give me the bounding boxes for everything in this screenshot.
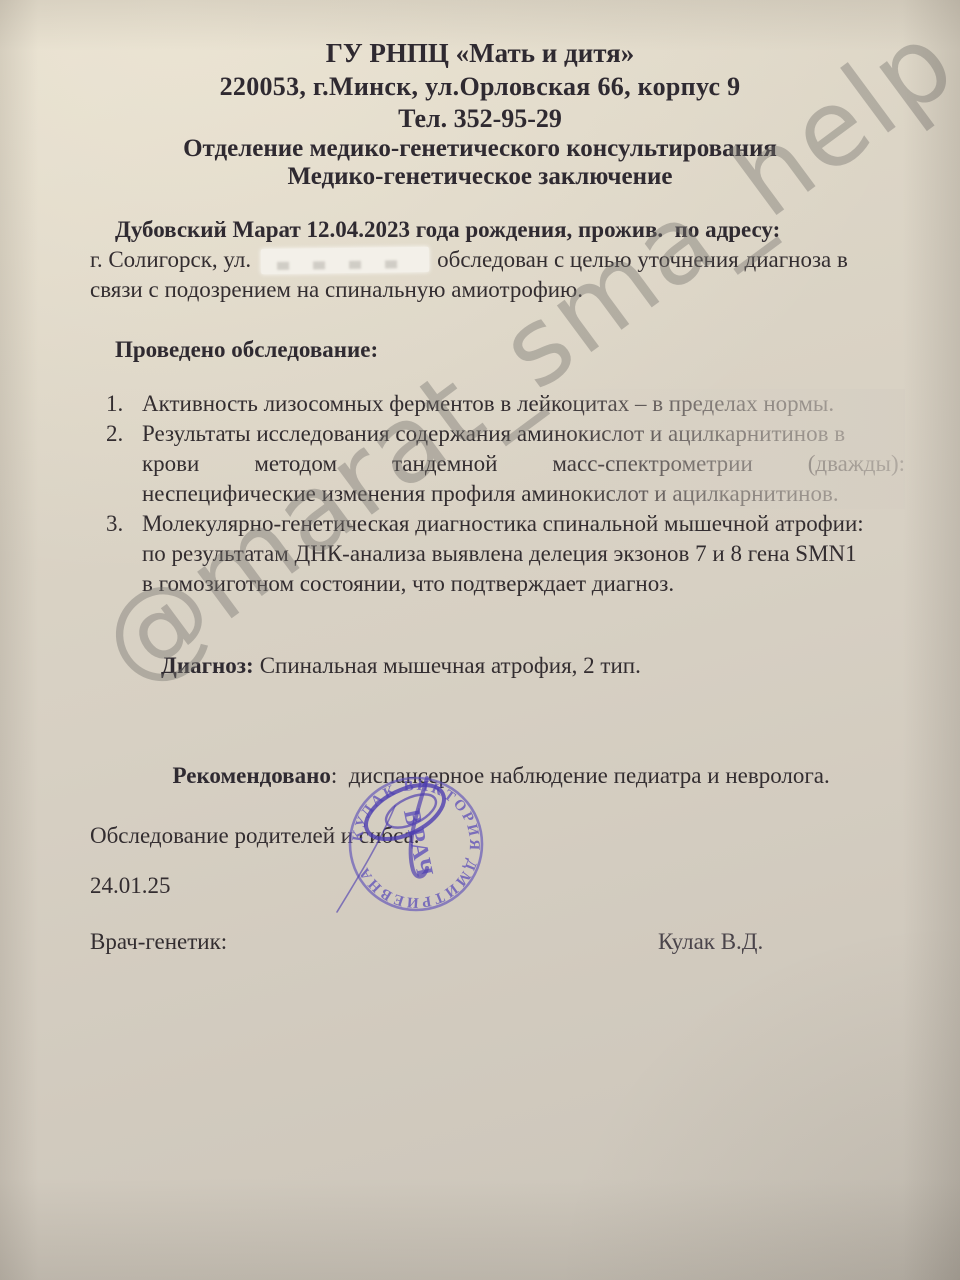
stamp-graphic: КУЛАК ВИКТОРИЯ ДМИТРИЕВНА ВРАЧ (331, 756, 501, 926)
exam-item-1: 1. Активность лизосомных ферментов в лей… (90, 389, 905, 419)
exam-item-line: крови методом тандемной масс-спектрометр… (142, 449, 905, 479)
address-prefix: г. Солигорск, ул. (90, 245, 251, 275)
exam-item-line: Молекулярно-генетическая диагностика спи… (142, 509, 905, 539)
exam-list: 1. Активность лизосомных ферментов в лей… (90, 389, 905, 599)
address-suffix: обследован с целью уточнения диагноза в (437, 245, 848, 275)
patient-address-line: г. Солигорск, ул. обследован с целью уто… (90, 245, 905, 275)
diagnosis-line: Диагноз:Спинальная мышечная атрофия, 2 т… (90, 621, 905, 711)
exam-item-line: неспецифические изменения профиля аминок… (142, 479, 905, 509)
org-phone: Тел. 352-95-29 (0, 103, 960, 135)
exam-item-lines: Молекулярно-генетическая диагностика спи… (142, 509, 905, 599)
diagnosis-label: Диагноз: (161, 653, 254, 678)
photographed-document-page: ГУ РНПЦ «Мать и дитя» 220053, г.Минск, у… (0, 0, 960, 1280)
doctor-stamp: КУЛАК ВИКТОРИЯ ДМИТРИЕВНА ВРАЧ (331, 756, 501, 926)
doctor-name: Кулак В.Д. (658, 927, 763, 957)
patient-intro-line: Дубовский Марат 12.04.2023 года рождения… (90, 215, 905, 245)
exam-item-lines: Результаты исследования содержания амино… (142, 419, 905, 509)
signature-row: Врач-генетик: Кулак В.Д. (90, 927, 905, 971)
org-department: Отделение медико-генетического консульти… (0, 135, 960, 163)
doctor-role-label: Врач-генетик: (90, 929, 227, 954)
exam-item-number: 3. (90, 509, 142, 599)
exam-item-number: 2. (90, 419, 142, 509)
document-header: ГУ РНПЦ «Мать и дитя» 220053, г.Минск, у… (0, 0, 960, 191)
org-name: ГУ РНПЦ «Мать и дитя» (0, 36, 960, 70)
exam-section-title: Проведено обследование: (90, 335, 905, 365)
exam-item-line: Результаты исследования содержания амино… (142, 419, 905, 449)
exam-item-line: в гомозиготном состоянии, что подтвержда… (142, 569, 905, 599)
recommendation-label: Рекомендовано (173, 763, 331, 788)
exam-item-number: 1. (90, 389, 142, 419)
exam-item-line: по результатам ДНК-анализа выявлена деле… (142, 539, 905, 569)
document-title: Медико-генетическое заключение (0, 163, 960, 191)
exam-item-3: 3. Молекулярно-генетическая диагностика … (90, 509, 905, 599)
redacted-address-box (261, 246, 429, 273)
exam-item-lines: Активность лизосомных ферментов в лейкоц… (142, 389, 905, 419)
diagnosis-text: Спинальная мышечная атрофия, 2 тип. (260, 653, 641, 678)
exam-item-2: 2. Результаты исследования содержания ам… (90, 419, 905, 509)
exam-item-line: Активность лизосомных ферментов в лейкоц… (142, 389, 905, 419)
patient-suspicion-line: связи с подозрением на спинальную амиотр… (90, 275, 905, 305)
org-address: 220053, г.Минск, ул.Орловская 66, корпус… (0, 70, 960, 103)
